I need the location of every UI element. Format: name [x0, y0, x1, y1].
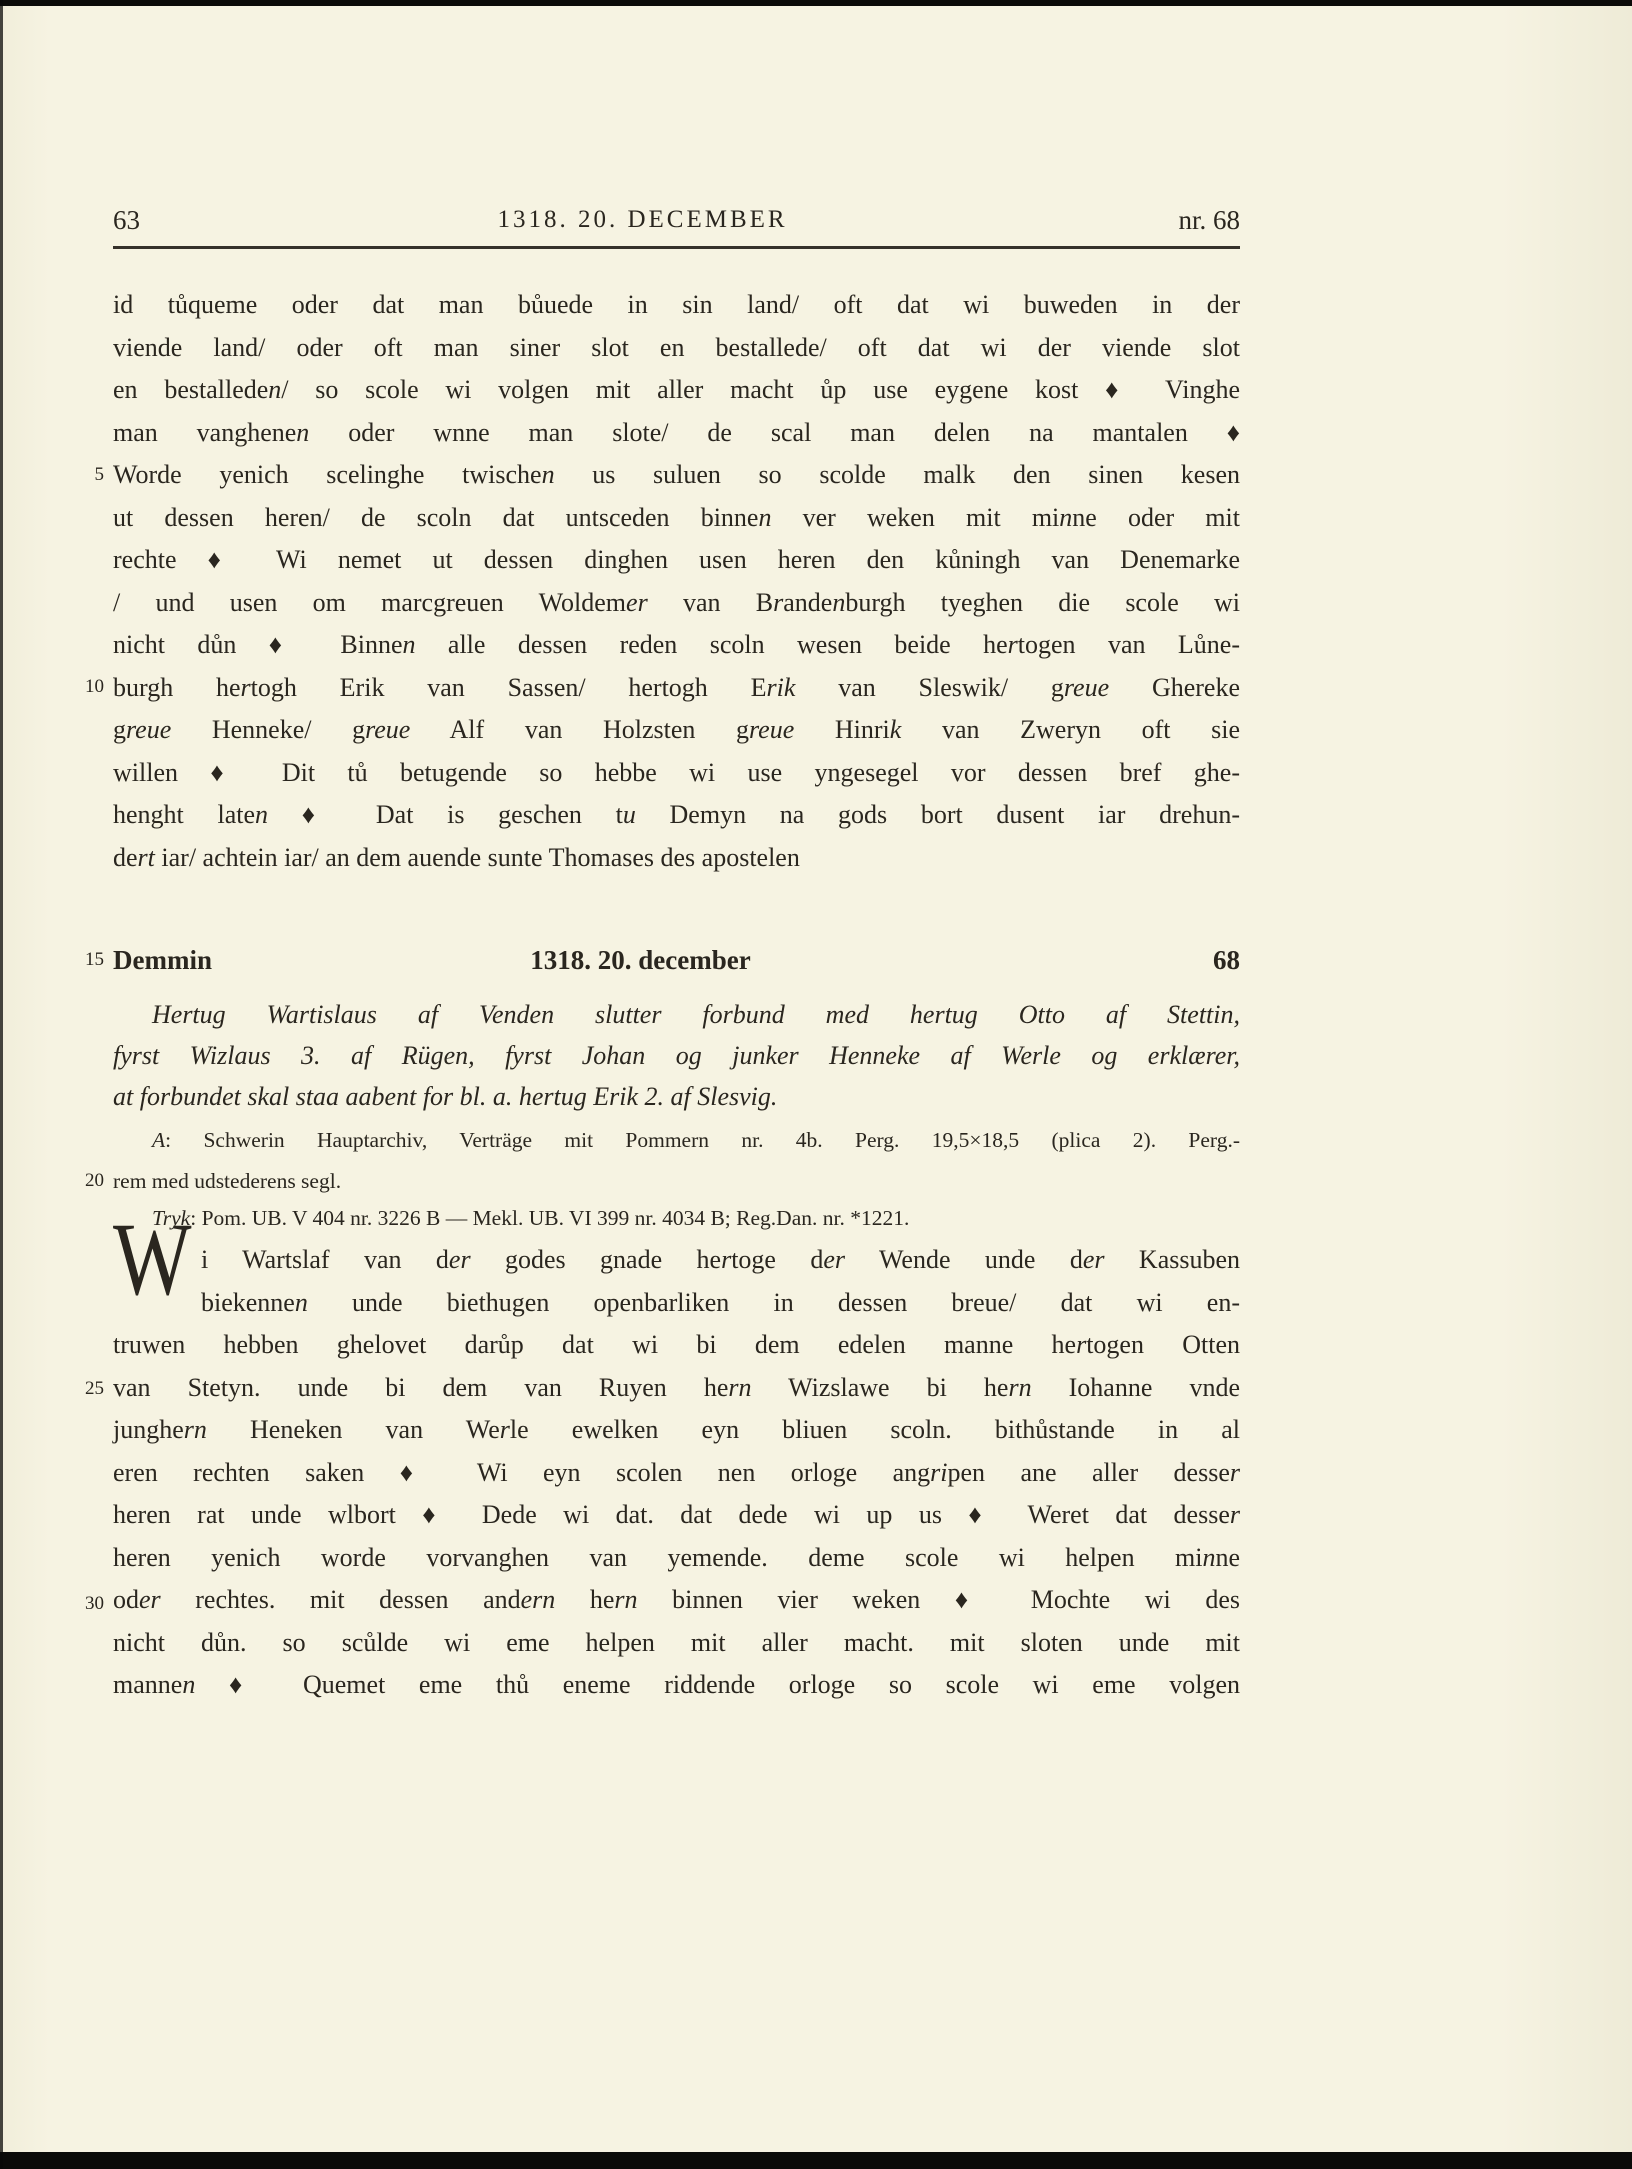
text-line: fyrst Wizlaus 3. af Rügen, fyrst Johan o…	[113, 1035, 1240, 1076]
text-line: willen ♦ Dit tů betugende so hebbe wi us…	[113, 752, 1240, 795]
text-line: truwen hebben ghelovet darůp dat wi bi d…	[113, 1324, 1240, 1367]
text-line: 10	[85, 675, 104, 699]
text-line: i Wartslaf van der godes gnade hertoge d…	[113, 1239, 1240, 1282]
text-line: mannen ♦ Quemet eme thů eneme riddende o…	[113, 1664, 1240, 1707]
text-line: 20	[85, 1169, 104, 1193]
text-line: nicht důn ♦ Binnen alle dessen reden sco…	[113, 624, 1240, 667]
text-line: viende land/ oder oft man siner slot en …	[113, 327, 1240, 370]
page-header: 63 1318. 20. DECEMBER nr. 68	[113, 203, 1240, 239]
text-line: heren rat unde wlbort ♦ Dede wi dat. dat…	[113, 1494, 1240, 1537]
text-line: van Stetyn. unde bi dem van Ruyen hern W…	[113, 1367, 1240, 1410]
text-line: ut dessen heren/ de scoln dat untsceden …	[113, 497, 1240, 540]
text-line: id tůqueme oder dat man bůuede in sin la…	[113, 284, 1240, 327]
continuation-paragraph: id tůqueme oder dat man bůuede in sin la…	[113, 284, 1240, 879]
text-line: junghern Heneken van Werle ewelken eyn b…	[113, 1409, 1240, 1452]
text-line: en bestalleden/ so scole wi volgen mit a…	[113, 369, 1240, 412]
header-entry-number: nr. 68	[1178, 203, 1240, 237]
text-line: henght laten ♦ Dat is geschen tu Demyn n…	[113, 794, 1240, 837]
text-line: rechte ♦ Wi nemet ut dessen dinghen usen…	[113, 539, 1240, 582]
text-line: A: Schwerin Hauptarchiv, Verträge mit Po…	[113, 1120, 1240, 1161]
drop-cap: W	[113, 1208, 192, 1312]
text-line: at forbundet skal staa aabent for bl. a.…	[113, 1076, 1240, 1117]
entry-apparatus: A: Schwerin Hauptarchiv, Verträge mit Po…	[113, 1120, 1240, 1202]
margin-line-numbers: 51015202530	[80, 0, 104, 2169]
entry-date-heading: 1318. 20. december	[77, 943, 1204, 977]
entry-summary: Hertug Wartislaus af Venden slutter forb…	[113, 994, 1240, 1117]
text-line: heren yenich worde vorvanghen van yemend…	[113, 1537, 1240, 1580]
text-line: greue Henneke/ greue Alf van Holzsten gr…	[113, 709, 1240, 752]
text-line: Tryk: Pom. UB. V 404 nr. 3226 B — Mekl. …	[113, 1198, 1240, 1239]
header-rule	[113, 246, 1240, 249]
text-line: nicht důn. so scůlde wi eme helpen mit a…	[113, 1622, 1240, 1665]
running-title: 1318. 20. DECEMBER	[79, 203, 1206, 237]
text-line: Hertug Wartislaus af Venden slutter forb…	[113, 994, 1240, 1035]
text-line: oder rechtes. mit dessen andern hern bin…	[113, 1579, 1240, 1622]
text-line: man vanghenen oder wnne man slote/ de sc…	[113, 412, 1240, 455]
text-line: 30	[85, 1592, 104, 1616]
text-line: eren rechten saken ♦ Wi eyn scolen nen o…	[113, 1452, 1240, 1495]
text-line: rem med udstederens segl.	[113, 1161, 1240, 1202]
entry-print-reference: Tryk: Pom. UB. V 404 nr. 3226 B — Mekl. …	[113, 1198, 1240, 1239]
text-line: / und usen om marcgreuen Woldemer van Br…	[113, 582, 1240, 625]
text-line: Worde yenich scelinghe twischen us sulue…	[113, 454, 1240, 497]
scan-edge-left	[0, 0, 3, 2169]
entry-heading: Demmin 1318. 20. december 68	[113, 943, 1240, 979]
book-page-scan: 63 1318. 20. DECEMBER nr. 68 51015202530…	[0, 0, 1632, 2169]
text-line: 25	[85, 1377, 104, 1401]
scan-edge-top	[0, 0, 1632, 6]
entry-text: W i Wartslaf van der godes gnade hertoge…	[113, 1239, 1240, 1707]
text-line: dert iar/ achtein iar/ an dem auende sun…	[113, 837, 1240, 880]
text-line: 5	[95, 463, 105, 487]
scan-edge-bottom	[0, 2152, 1632, 2169]
text-line: burgh hertogh Erik van Sassen/ hertogh E…	[113, 667, 1240, 710]
entry-number: 68	[1213, 943, 1240, 977]
text-line: biekennen unde biethugen openbarliken in…	[113, 1282, 1240, 1325]
